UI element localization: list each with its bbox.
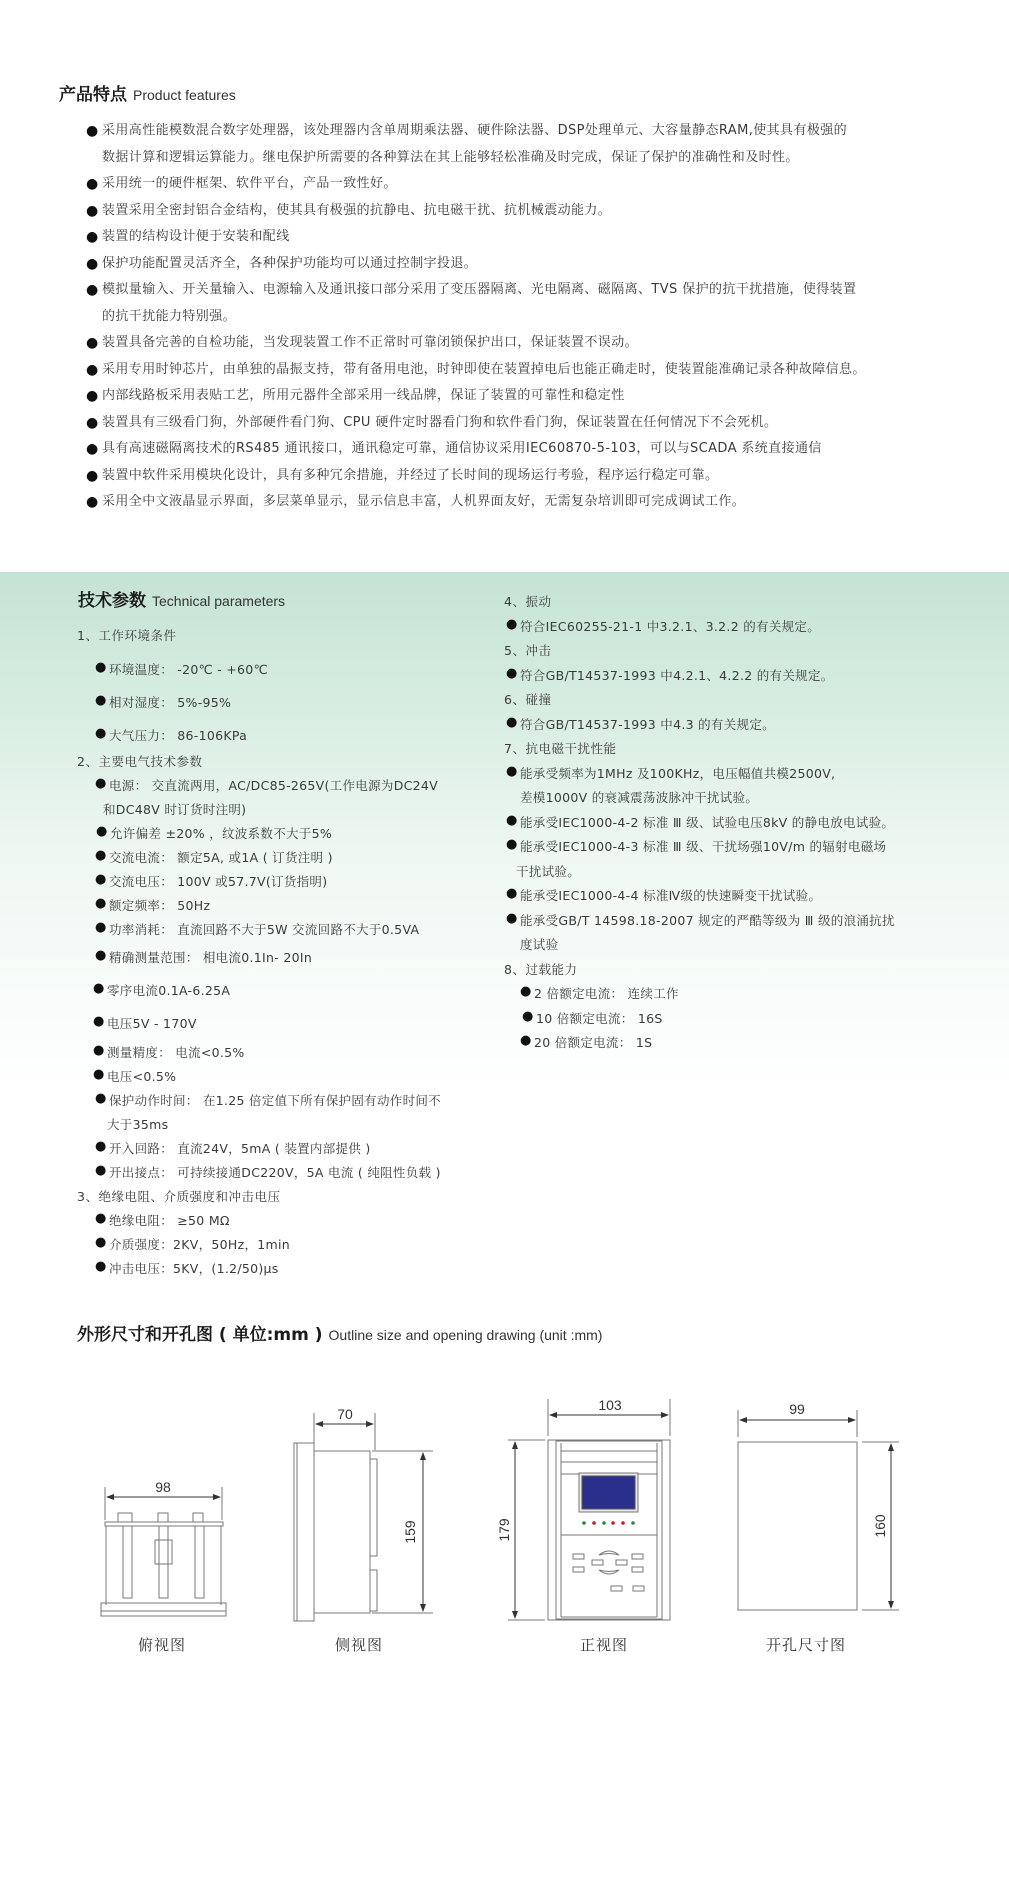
param-text-cont: 差模1000V 的衰减震荡波脉冲干扰试验。 (504, 788, 944, 813)
bullet-icon: ● (95, 1139, 107, 1154)
section-heading: 3、绝缘电阻、介质强度和冲击电压 (77, 1187, 487, 1211)
param-text: 测量精度： 电流<0.5% (107, 1045, 245, 1060)
param-item: ● 20 倍额定电流： 1S (520, 1033, 960, 1058)
bullet-icon: ● (93, 1014, 105, 1029)
param-item: ●开入回路： 直流24V，5mA ( 装置内部提供 ) (95, 1139, 505, 1163)
caption-front-view: 正视图 (580, 1634, 628, 1655)
bullet-icon: ● (522, 1009, 534, 1024)
param-item: ●精确测量范围： 相电流0.1In- 20In (95, 948, 505, 981)
param-item: ●交流电流： 额定5A, 或1A ( 订货注明 ) (95, 848, 505, 872)
bullet-icon: ● (95, 1259, 107, 1274)
param-item: ●电源： 交直流两用，AC/DC85-265V(工作电源为DC24V (95, 776, 505, 800)
bullet-icon: ● (93, 981, 105, 996)
param-item: ●符合IEC60255-21-1 中3.2.1、3.2.2 的有关规定。 (506, 617, 946, 642)
param-text: 符合GB/T14537-1993 中4.2.1、4.2.2 的有关规定。 (520, 668, 834, 683)
top-view-drawing (101, 1487, 226, 1616)
feature-item: ●装置的结构设计便于安装和配线 (86, 224, 966, 251)
bullet-icon: ● (506, 617, 518, 632)
param-text: 电源： 交直流两用，AC/DC85-265V(工作电源为DC24V (109, 778, 438, 793)
param-item: ●额定频率： 50Hz (95, 896, 505, 920)
section-heading: 4、振动 (504, 592, 944, 617)
bullet-icon: ● (93, 1067, 105, 1082)
param-item: ●绝缘电阻： ≥50 MΩ (95, 1211, 505, 1235)
param-item: ●能承受频率为1MHz 及100KHz，电压幅值共模2500V, (506, 764, 946, 789)
bullet-icon: ● (95, 1091, 107, 1106)
param-text: 大气压力： 86-106KPa (109, 728, 247, 743)
feature-item: ●具有高速磁隔离技术的RS485 通讯接口，通讯稳定可靠，通信协议采用IEC60… (86, 436, 966, 463)
tech-heading: 技术参数Technical parameters (78, 586, 285, 611)
feature-item: ●装置具有三级看门狗，外部硬件看门狗、CPU 硬件定时器看门狗和软件看门狗，保证… (86, 410, 966, 437)
section-heading: 8、过载能力 (504, 960, 944, 985)
param-text: 交流电压： 100V 或57.7V(订货指明) (109, 874, 327, 889)
bullet-icon: ● (506, 715, 518, 730)
bullet-icon: ● (95, 848, 107, 863)
dim-cutout-width: 99 (789, 1401, 805, 1417)
feature-text: 装置中软件采用模块化设计，具有多种冗余措施，并经过了长时间的现场运行考验，程序运… (102, 468, 718, 483)
param-text: 交流电流： 额定5A, 或1A ( 订货注明 ) (109, 850, 333, 865)
param-text: 额定频率： 50Hz (109, 898, 210, 913)
param-item: ●大气压力： 86-106KPa (95, 726, 505, 752)
bullet-icon: ● (86, 489, 99, 516)
bullet-icon: ● (95, 948, 107, 963)
param-item: ●开出接点： 可持续接通DC220V，5A 电流 ( 纯阻性负载 ) (95, 1163, 505, 1187)
param-text: 20 倍额定电流： 1S (534, 1035, 652, 1050)
param-text: 能承受频率为1MHz 及100KHz，电压幅值共模2500V, (520, 766, 835, 781)
bullet-icon: ● (506, 764, 518, 779)
features-title-en: Product features (133, 87, 236, 103)
bullet-icon: ● (95, 693, 107, 708)
bullet-icon: ● (506, 886, 518, 901)
feature-item: ●采用高性能模数混合数字处理器，该处理器内含单周期乘法器、硬件除法器、DSP处理… (86, 118, 966, 145)
bullet-icon: ● (86, 436, 99, 463)
feature-text: 装置具有三级看门狗，外部硬件看门狗、CPU 硬件定时器看门狗和软件看门狗，保证装… (102, 415, 777, 430)
feature-text: 内部线路板采用表贴工艺，所用元器件全部采用一线品牌，保证了装置的可靠性和稳定性 (102, 388, 625, 403)
bullet-icon: ● (95, 896, 107, 911)
param-text: 绝缘电阻： ≥50 MΩ (109, 1213, 230, 1228)
bullet-icon: ● (86, 463, 99, 490)
bullet-icon: ● (93, 1043, 105, 1058)
param-text: 零序电流0.1A-6.25A (107, 983, 230, 998)
param-text: 功率消耗： 直流回路不大于5W 交流回路不大于0.5VA (109, 922, 419, 937)
param-text: 2 倍额定电流： 连续工作 (534, 986, 679, 1001)
bullet-icon: ● (506, 813, 518, 828)
section-heading: 1、工作环境条件 (77, 626, 487, 660)
bullet-icon: ● (95, 660, 107, 675)
lcd-screen (582, 1476, 635, 1509)
param-item: ●允许偏差 ±20% ，纹波系数不大于5% (96, 824, 506, 848)
feature-text: 装置的结构设计便于安装和配线 (102, 229, 290, 244)
bullet-icon: ● (86, 251, 99, 278)
param-text: 开入回路： 直流24V，5mA ( 装置内部提供 ) (109, 1141, 371, 1156)
outline-title-cn: 外形尺寸和开孔图 ( 单位:mm ) (77, 1325, 323, 1345)
bullet-icon: ● (86, 224, 99, 251)
dim-top-width: 98 (155, 1479, 171, 1495)
caption-side-view: 侧视图 (335, 1634, 383, 1655)
param-text-cont: 和DC48V 时订货时注明) (77, 800, 487, 824)
bullet-icon: ● (95, 776, 107, 791)
param-item: ●交流电压： 100V 或57.7V(订货指明) (95, 872, 505, 896)
param-item: ●零序电流0.1A-6.25A (93, 981, 503, 1014)
outline-heading: 外形尺寸和开孔图 ( 单位:mm )Outline size and openi… (77, 1320, 602, 1345)
param-item: ●能承受IEC1000-4-3 标准 Ⅲ 级、干扰场强10V/m 的辐射电磁场 (506, 837, 946, 862)
feature-item: ●采用全中文液晶显示界面，多层菜单显示，显示信息丰富，人机界面友好，无需复杂培训… (86, 489, 966, 516)
feature-text: 模拟量输入、开关量输入、电源输入及通讯接口部分采用了变压器隔离、光电隔离、磁隔离… (102, 282, 856, 297)
features-title-cn: 产品特点 (59, 85, 127, 105)
param-item: ●保护动作时间： 在1.25 倍定值下所有保护固有动作时间不 (95, 1091, 505, 1115)
bullet-icon: ● (95, 920, 107, 935)
caption-top-view: 俯视图 (138, 1634, 186, 1655)
param-item: ●符合GB/T14537-1993 中4.3 的有关规定。 (506, 715, 946, 740)
param-item: ●电压5V - 170V (93, 1014, 503, 1043)
feature-item: ●装置中软件采用模块化设计，具有多种冗余措施，并经过了长时间的现场运行考验，程序… (86, 463, 966, 490)
param-item: ●能承受IEC1000-4-2 标准 Ⅲ 级、试验电压8kV 的静电放电试验。 (506, 813, 946, 838)
param-item: ●冲击电压：5KV，(1.2/50)μs (95, 1259, 505, 1283)
section-heading: 7、抗电磁干扰性能 (504, 739, 944, 764)
param-text: 精确测量范围： 相电流0.1In- 20In (109, 950, 312, 965)
dim-side-depth: 70 (337, 1406, 353, 1422)
feature-text-cont: 数据计算和逻辑运算能力。继电保护所需要的各种算法在其上能够轻松准确及时完成，保证… (86, 145, 966, 172)
dim-cutout-height: 160 (872, 1514, 888, 1538)
section-heading: 6、碰撞 (504, 690, 944, 715)
feature-item: ●采用统一的硬件框架、软件平台，产品一致性好。 (86, 171, 966, 198)
feature-text: 采用高性能模数混合数字处理器，该处理器内含单周期乘法器、硬件除法器、DSP处理单… (102, 123, 847, 138)
feature-text: 采用统一的硬件框架、软件平台，产品一致性好。 (102, 176, 397, 191)
param-text-cont: 度试验 (504, 935, 944, 960)
param-item: ●10 倍额定电流： 16S (522, 1009, 962, 1034)
param-text: 相对湿度： 5%-95% (109, 695, 231, 710)
feature-item: ●保护功能配置灵活齐全，各种保护功能均可以通过控制字投退。 (86, 251, 966, 278)
cutout-drawing (738, 1410, 899, 1610)
bullet-icon: ● (506, 666, 518, 681)
param-item: ●相对湿度： 5%-95% (95, 693, 505, 726)
param-text: 10 倍额定电流： 16S (536, 1011, 663, 1026)
feature-text: 采用专用时钟芯片，由单独的晶振支持，带有备用电池，时钟即使在装置掉电后也能正确走… (102, 362, 866, 377)
dim-front-height: 179 (496, 1518, 512, 1542)
param-text: 能承受IEC1000-4-3 标准 Ⅲ 级、干扰场强10V/m 的辐射电磁场 (520, 839, 886, 854)
param-item: ●环境温度： -20℃ - +60℃ (95, 660, 505, 693)
bullet-icon: ● (506, 837, 518, 852)
bullet-icon: ● (86, 198, 99, 225)
param-item: ●测量精度： 电流<0.5% (93, 1043, 503, 1067)
param-text-cont: 干扰试验。 (504, 862, 944, 887)
param-text: 能承受IEC1000-4-4 标准Ⅳ级的快速瞬变干扰试验。 (520, 888, 821, 903)
feature-item: ●装置具备完善的自检功能，当发现装置工作不正常时可靠闭锁保护出口，保证装置不误动… (86, 330, 966, 357)
outline-title-en: Outline size and opening drawing (unit :… (329, 1327, 603, 1343)
bullet-icon: ● (95, 1163, 107, 1178)
feature-text: 装置具备完善的自检功能，当发现装置工作不正常时可靠闭锁保护出口，保证装置不误动。 (102, 335, 638, 350)
bullet-icon: ● (506, 911, 518, 926)
param-text: 电压<0.5% (107, 1069, 176, 1084)
param-text: 冲击电压：5KV，(1.2/50)μs (109, 1261, 279, 1276)
bullet-icon: ● (520, 984, 532, 999)
tech-left-column: 1、工作环境条件 ●环境温度： -20℃ - +60℃ ●相对湿度： 5%-95… (77, 626, 487, 1283)
param-text: 保护动作时间： 在1.25 倍定值下所有保护固有动作时间不 (109, 1093, 441, 1108)
outline-drawings: 98 70 159 103 179 99 160 (0, 1380, 1009, 1640)
bullet-icon: ● (86, 410, 99, 437)
section-heading: 5、冲击 (504, 641, 944, 666)
features-list: ●采用高性能模数混合数字处理器，该处理器内含单周期乘法器、硬件除法器、DSP处理… (86, 118, 966, 516)
param-text: 能承受IEC1000-4-2 标准 Ⅲ 级、试验电压8kV 的静电放电试验。 (520, 815, 894, 830)
feature-text-cont: 的抗干扰能力特别强。 (86, 304, 966, 331)
param-text: 允许偏差 ±20% ，纹波系数不大于5% (110, 826, 332, 841)
side-view-drawing (294, 1413, 433, 1621)
param-text: 开出接点： 可持续接通DC220V，5A 电流 ( 纯阻性负载 ) (109, 1165, 441, 1180)
bullet-icon: ● (86, 171, 99, 198)
tech-right-column: 4、振动 ●符合IEC60255-21-1 中3.2.1、3.2.2 的有关规定… (504, 592, 944, 1058)
caption-cutout: 开孔尺寸图 (766, 1634, 846, 1655)
param-text: 符合GB/T14537-1993 中4.3 的有关规定。 (520, 717, 775, 732)
bullet-icon: ● (86, 118, 99, 145)
bullet-icon: ● (86, 277, 99, 304)
feature-item: ●模拟量输入、开关量输入、电源输入及通讯接口部分采用了变压器隔离、光电隔离、磁隔… (86, 277, 966, 304)
param-item: ● 2 倍额定电流： 连续工作 (520, 984, 960, 1009)
param-item: ●符合GB/T14537-1993 中4.2.1、4.2.2 的有关规定。 (506, 666, 946, 691)
bullet-icon: ● (86, 357, 99, 384)
status-leds (582, 1521, 635, 1525)
dim-front-width: 103 (598, 1397, 622, 1413)
param-item: ●能承受GB/T 14598.18-2007 规定的严酷等级为 Ⅲ 级的浪涌抗扰 (506, 911, 946, 936)
param-item: ●功率消耗： 直流回路不大于5W 交流回路不大于0.5VA (95, 920, 505, 948)
bullet-icon: ● (86, 330, 99, 357)
features-heading: 产品特点Product features (59, 80, 236, 105)
param-item: ●能承受IEC1000-4-4 标准Ⅳ级的快速瞬变干扰试验。 (506, 886, 946, 911)
bullet-icon: ● (95, 726, 107, 741)
param-text: 能承受GB/T 14598.18-2007 规定的严酷等级为 Ⅲ 级的浪涌抗扰 (520, 913, 895, 928)
feature-text: 保护功能配置灵活齐全，各种保护功能均可以通过控制字投退。 (102, 256, 477, 271)
feature-text: 具有高速磁隔离技术的RS485 通讯接口，通讯稳定可靠，通信协议采用IEC608… (102, 441, 822, 456)
tech-title-en: Technical parameters (152, 593, 285, 609)
feature-item: ●装置采用全密封铝合金结构，使其具有极强的抗静电、抗电磁干扰、抗机械震动能力。 (86, 198, 966, 225)
param-text: 环境温度： -20℃ - +60℃ (109, 662, 268, 677)
param-text-cont: 大于35ms (77, 1115, 487, 1139)
tech-title-cn: 技术参数 (78, 591, 146, 611)
bullet-icon: ● (95, 1235, 107, 1250)
bullet-icon: ● (95, 1211, 107, 1226)
feature-item: ●内部线路板采用表贴工艺，所用元器件全部采用一线品牌，保证了装置的可靠性和稳定性 (86, 383, 966, 410)
dim-side-height: 159 (402, 1520, 418, 1544)
param-text: 介质强度：2KV，50Hz，1min (109, 1237, 290, 1252)
bullet-icon: ● (86, 383, 99, 410)
bullet-icon: ● (95, 872, 107, 887)
bullet-icon: ● (96, 824, 108, 839)
feature-text: 采用全中文液晶显示界面，多层菜单显示，显示信息丰富，人机界面友好，无需复杂培训即… (102, 494, 745, 509)
param-text: 符合IEC60255-21-1 中3.2.1、3.2.2 的有关规定。 (520, 619, 820, 634)
param-item: ●电压<0.5% (93, 1067, 503, 1091)
feature-text: 装置采用全密封铝合金结构，使其具有极强的抗静电、抗电磁干扰、抗机械震动能力。 (102, 203, 611, 218)
section-heading: 2、主要电气技术参数 (77, 752, 487, 776)
param-item: ●介质强度：2KV，50Hz，1min (95, 1235, 505, 1259)
bullet-icon: ● (520, 1033, 532, 1048)
param-text: 电压5V - 170V (107, 1016, 197, 1031)
feature-item: ●采用专用时钟芯片，由单独的晶振支持，带有备用电池，时钟即使在装置掉电后也能正确… (86, 357, 966, 384)
front-view-drawing (508, 1399, 670, 1620)
